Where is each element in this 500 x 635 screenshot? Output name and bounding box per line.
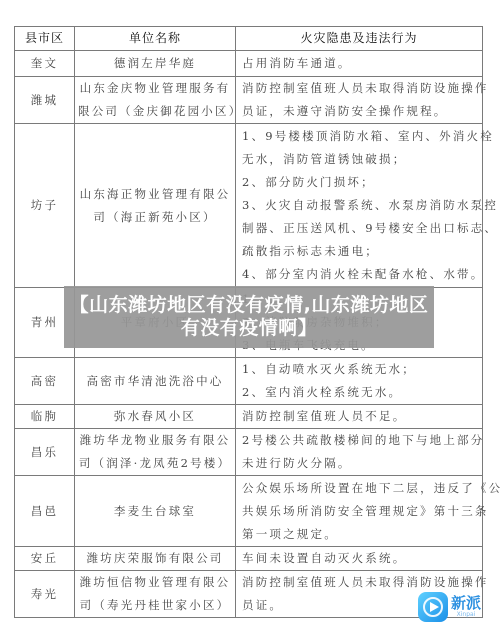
watermark-sub: Xinpai	[457, 612, 476, 618]
cell-district: 安丘	[15, 547, 75, 571]
cell-issue: 公众娱乐场所设置在地下二层，违反了《公共娱乐场所消防安全管理规定》第十三条第一项…	[236, 476, 483, 547]
issue-line: 1、9号楼楼顶消防水箱、室内、外消火栓	[242, 125, 479, 148]
issue-line: 疏散指示标志未通电；	[242, 240, 479, 263]
table-row: 奎文德润左岸华庭占用消防车通道。	[15, 51, 483, 77]
cell-unit: 山东金庆物业管理服务有限公司（金庆御花园小区）	[75, 77, 236, 124]
cell-unit: 潍坊恒信物业管理有限公司（寿光丹桂世家小区）	[75, 571, 236, 618]
table-row: 高密高密市华清池洗浴中心1、自动喷水灭火系统无水；2、室内消火栓系统无水。	[15, 358, 483, 405]
issue-line: 2、室内消火栓系统无水。	[242, 381, 479, 404]
cell-district: 临朐	[15, 405, 75, 429]
unit-line: 司（润泽·龙凤苑2号楼）	[78, 452, 232, 475]
cell-district: 潍城	[15, 77, 75, 124]
cell-district: 高密	[15, 358, 75, 405]
cell-unit: 李麦生台球室	[75, 476, 236, 547]
table-row: 临朐弥水春风小区消防控制室值班人员不足。	[15, 405, 483, 429]
issue-line: 消防控制室值班人员不足。	[242, 405, 479, 428]
issue-line: 消防控制室值班人员未取得消防设施操作	[242, 571, 479, 594]
issue-line: 第一项之规定。	[242, 523, 479, 546]
issue-line: 3、火灾自动报警系统、水泵房消防水泵控	[242, 194, 479, 217]
cell-district: 昌乐	[15, 429, 75, 476]
cell-unit: 潍坊庆荣服饰有限公司	[75, 547, 236, 571]
cell-issue: 1、9号楼楼顶消防水箱、室内、外消火栓无水，消防管道锈蚀破损；2、部分防火门损坏…	[236, 124, 483, 288]
issue-line: 4、部分室内消火栓未配备水枪、水带。	[242, 263, 479, 286]
table-row: 昌邑李麦生台球室公众娱乐场所设置在地下二层，违反了《公共娱乐场所消防安全管理规定…	[15, 476, 483, 547]
cell-issue: 占用消防车通道。	[236, 51, 483, 77]
cell-issue: 车间未设置自动灭火系统。	[236, 547, 483, 571]
table-row: 坊子山东海正物业管理有限公司（海正新苑小区）1、9号楼楼顶消防水箱、室内、外消火…	[15, 124, 483, 288]
issue-line: 未进行防火分隔。	[242, 452, 479, 475]
overlay-title: 【山东潍坊地区有没有疫情,山东潍坊地区有没有疫情啊】	[64, 294, 434, 340]
issue-line: 无水，消防管道锈蚀破损；	[242, 148, 479, 171]
issue-line: 2号楼公共疏散楼梯间的地下与地上部分	[242, 429, 479, 452]
unit-line: 德润左岸华庭	[78, 52, 232, 75]
title-overlay-banner: 【山东潍坊地区有没有疫情,山东潍坊地区有没有疫情啊】	[64, 286, 434, 348]
xinpai-watermark: 新派 Xinpai	[418, 592, 481, 622]
watermark-name: 新派	[451, 596, 481, 611]
issue-line: 消防控制室值班人员未取得消防设施操作	[242, 77, 479, 100]
header-district: 县市区	[15, 27, 75, 51]
issue-line: 制器、正压送风机、9号楼安全出口标志、	[242, 217, 479, 240]
cell-unit: 山东海正物业管理有限公司（海正新苑小区）	[75, 124, 236, 288]
table-row: 潍城山东金庆物业管理服务有限公司（金庆御花园小区）消防控制室值班人员未取得消防设…	[15, 77, 483, 124]
issue-line: 员证，未遵守消防安全操作规程。	[242, 100, 479, 123]
issue-line: 2、部分防火门损坏；	[242, 171, 479, 194]
cell-unit: 德润左岸华庭	[75, 51, 236, 77]
unit-line: 高密市华清池洗浴中心	[78, 370, 232, 393]
unit-line: 潍坊恒信物业管理有限公	[78, 571, 232, 594]
cell-district: 寿光	[15, 571, 75, 618]
issue-line: 1、自动喷水灭火系统无水；	[242, 358, 479, 381]
watermark-text: 新派 Xinpai	[451, 596, 481, 618]
table-row: 昌乐潍坊华龙物业服务有限公司（润泽·龙凤苑2号楼）2号楼公共疏散楼梯间的地下与地…	[15, 429, 483, 476]
unit-line: 弥水春风小区	[78, 405, 232, 428]
issue-line: 公众娱乐场所设置在地下二层，违反了《公	[242, 477, 479, 500]
unit-line: 山东金庆物业管理服务有	[78, 77, 232, 100]
issue-line: 占用消防车通道。	[242, 52, 479, 75]
table-row: 寿光潍坊恒信物业管理有限公司（寿光丹桂世家小区）消防控制室值班人员未取得消防设施…	[15, 571, 483, 618]
table-header-row: 县市区 单位名称 火灾隐患及违法行为	[15, 27, 483, 51]
unit-line: 山东海正物业管理有限公	[78, 183, 232, 206]
issue-line: 共娱乐场所消防安全管理规定》第十三条	[242, 500, 479, 523]
cell-issue: 消防控制室值班人员未取得消防设施操作员证，未遵守消防安全操作规程。	[236, 77, 483, 124]
issue-line: 车间未设置自动灭火系统。	[242, 547, 479, 570]
unit-line: 限公司（金庆御花园小区）	[78, 100, 232, 123]
cell-district: 昌邑	[15, 476, 75, 547]
header-issue: 火灾隐患及违法行为	[236, 27, 483, 51]
unit-line: 李麦生台球室	[78, 500, 232, 523]
cell-unit: 高密市华清池洗浴中心	[75, 358, 236, 405]
unit-line: 司（海正新苑小区）	[78, 206, 232, 229]
header-unit: 单位名称	[75, 27, 236, 51]
cell-issue: 消防控制室值班人员不足。	[236, 405, 483, 429]
cell-unit: 潍坊华龙物业服务有限公司（润泽·龙凤苑2号楼）	[75, 429, 236, 476]
play-logo-icon	[418, 592, 448, 622]
cell-issue: 2号楼公共疏散楼梯间的地下与地上部分未进行防火分隔。	[236, 429, 483, 476]
cell-district: 坊子	[15, 124, 75, 288]
table-row: 安丘潍坊庆荣服饰有限公司车间未设置自动灭火系统。	[15, 547, 483, 571]
unit-line: 司（寿光丹桂世家小区）	[78, 594, 232, 617]
cell-issue: 1、自动喷水灭火系统无水；2、室内消火栓系统无水。	[236, 358, 483, 405]
unit-line: 潍坊华龙物业服务有限公	[78, 429, 232, 452]
cell-unit: 弥水春风小区	[75, 405, 236, 429]
unit-line: 潍坊庆荣服饰有限公司	[78, 547, 232, 570]
cell-district: 奎文	[15, 51, 75, 77]
